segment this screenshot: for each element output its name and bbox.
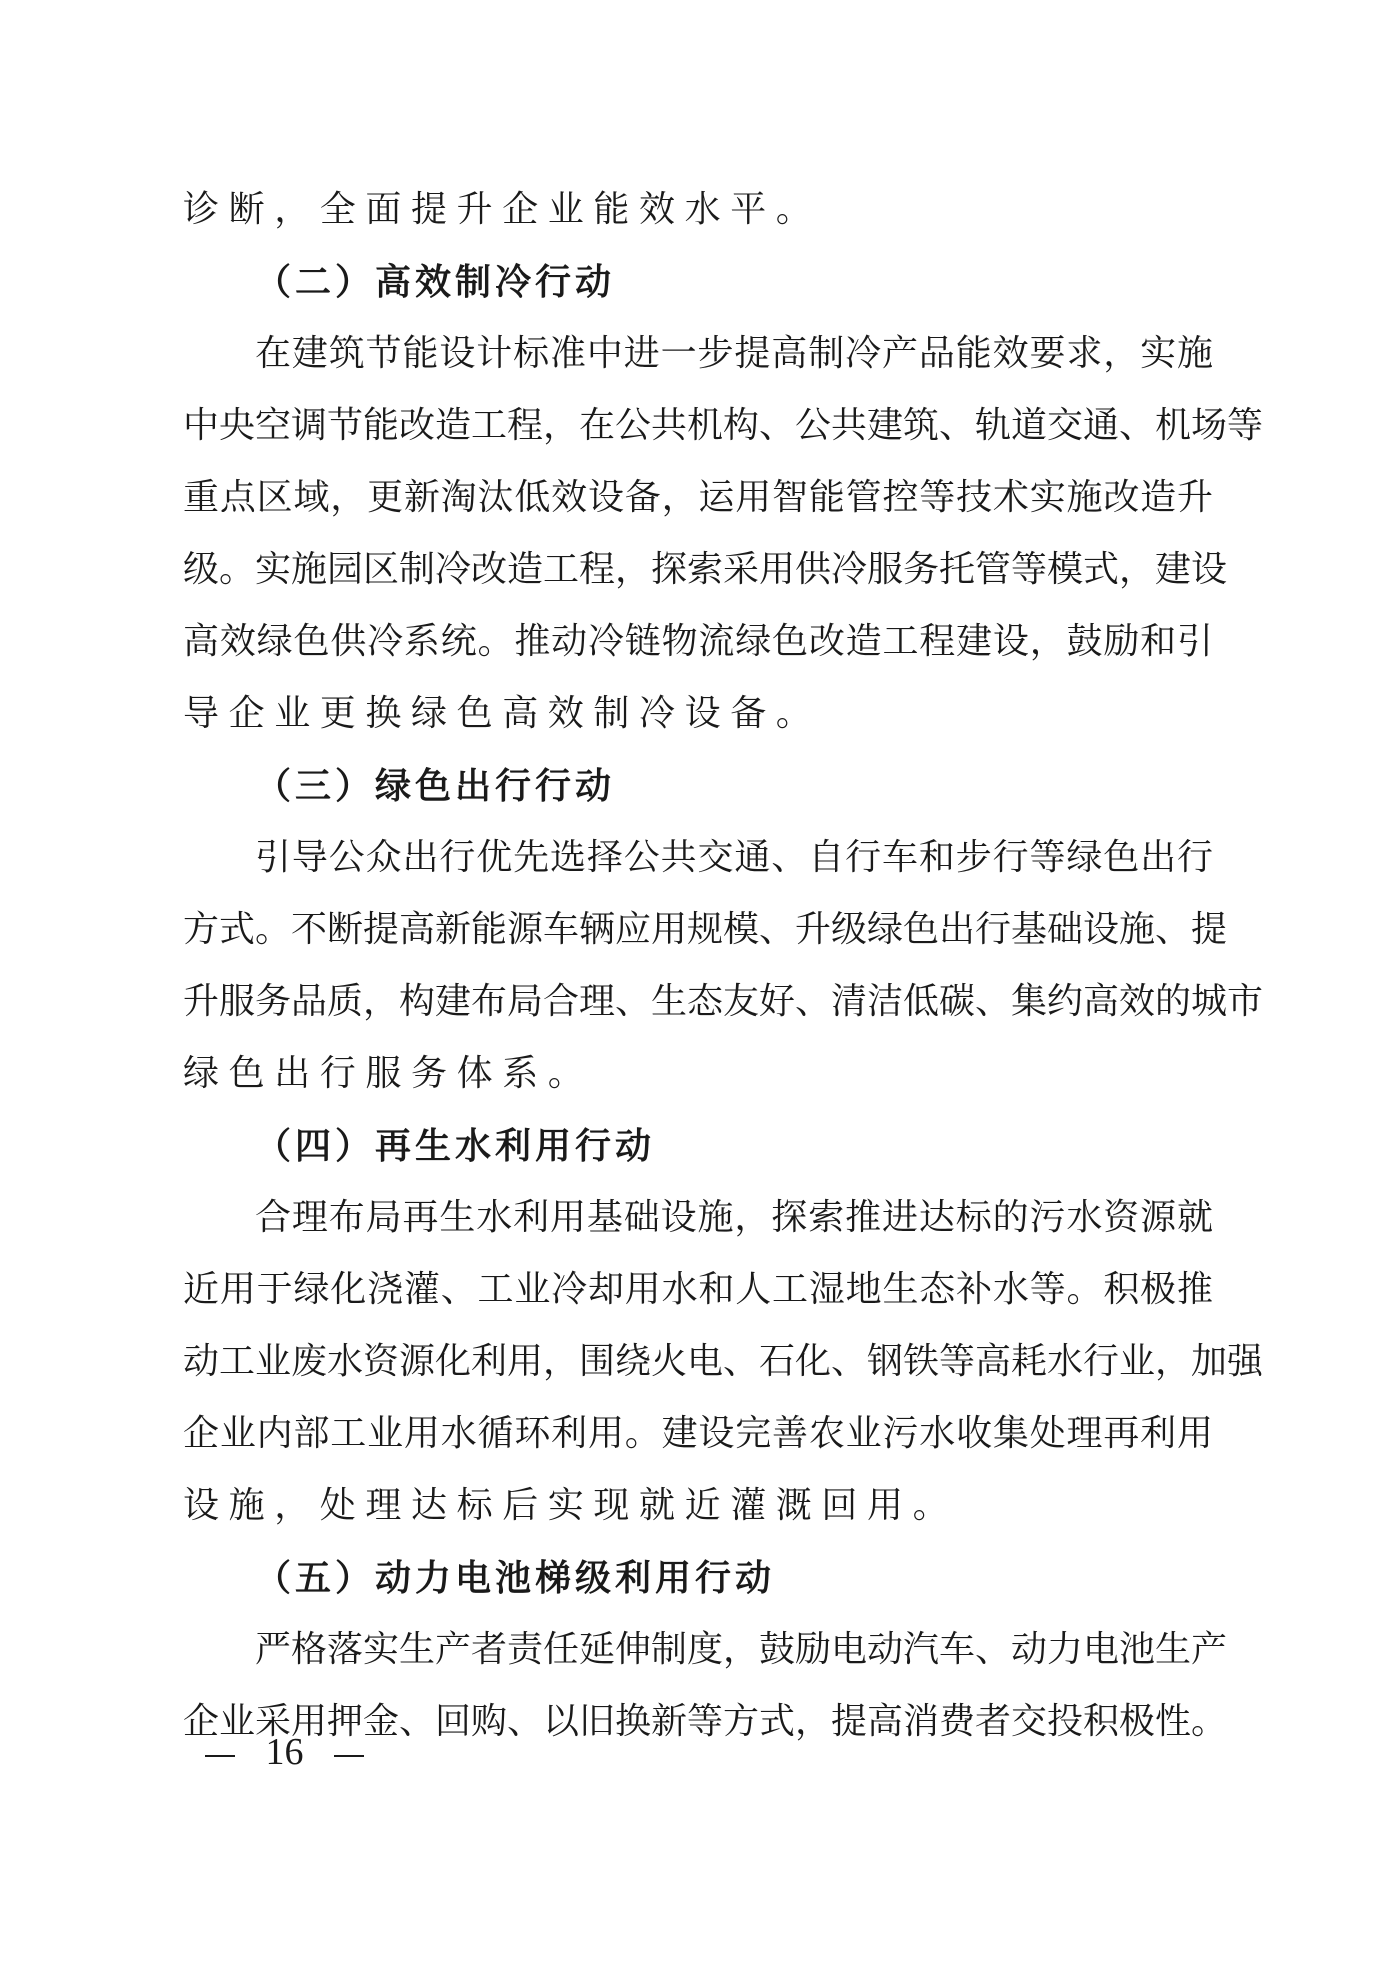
body-line: 中央空调节能改造工程，在公共机构、公共建筑、轨道交通、机场等: [183, 390, 1213, 462]
body-line: 引导公众出行优先选择公共交通、自行车和步行等绿色出行: [255, 822, 1213, 894]
body-line: 升服务品质，构建布局合理、生态友好、清洁低碳、集约高效的城市: [183, 966, 1213, 1038]
document-page: 诊断，全面提升企业能效水平。 （二）高效制冷行动 在建筑节能设计标准中进一步提高…: [0, 0, 1388, 1964]
body-line: 高效绿色供冷系统。推动冷链物流绿色改造工程建设，鼓励和引: [183, 606, 1213, 678]
body-line: 方式。不断提高新能源车辆应用规模、升级绿色出行基础设施、提: [183, 894, 1213, 966]
body-line: 重点区域，更新淘汰低效设备，运用智能管控等技术实施改造升: [183, 462, 1213, 534]
body-line: 诊断，全面提升企业能效水平。: [183, 174, 1213, 246]
body-line: 在建筑节能设计标准中进一步提高制冷产品能效要求，实施: [255, 318, 1213, 390]
body-line: 近用于绿化浇灌、工业冷却用水和人工湿地生态补水等。积极推: [183, 1254, 1213, 1326]
page-footer: 16: [205, 1722, 364, 1782]
em-dash-left: [205, 1755, 235, 1757]
body-line: 企业内部工业用水循环利用。建设完善农业污水收集处理再利用: [183, 1398, 1213, 1470]
section-heading-recycled-water: （四）再生水利用行动: [255, 1110, 1213, 1182]
body-line: 绿色出行服务体系。: [183, 1038, 1213, 1110]
body-line: 严格落实生产者责任延伸制度，鼓励电动汽车、动力电池生产: [255, 1614, 1213, 1686]
body-line: 合理布局再生水利用基础设施，探索推进达标的污水资源就: [255, 1182, 1213, 1254]
em-dash-right: [334, 1755, 364, 1757]
body-line: 导企业更换绿色高效制冷设备。: [183, 678, 1213, 750]
section-heading-green-travel: （三）绿色出行行动: [255, 750, 1213, 822]
body-line: 设施，处理达标后实现就近灌溉回用。: [183, 1470, 1213, 1542]
section-heading-efficient-cooling: （二）高效制冷行动: [255, 246, 1213, 318]
body-line: 动工业废水资源化利用，围绕火电、石化、钢铁等高耗水行业，加强: [183, 1326, 1213, 1398]
section-heading-battery-cascade: （五）动力电池梯级利用行动: [255, 1542, 1213, 1614]
body-line: 级。实施园区制冷改造工程，探索采用供冷服务托管等模式，建设: [183, 534, 1213, 606]
page-number: 16: [266, 1722, 304, 1782]
